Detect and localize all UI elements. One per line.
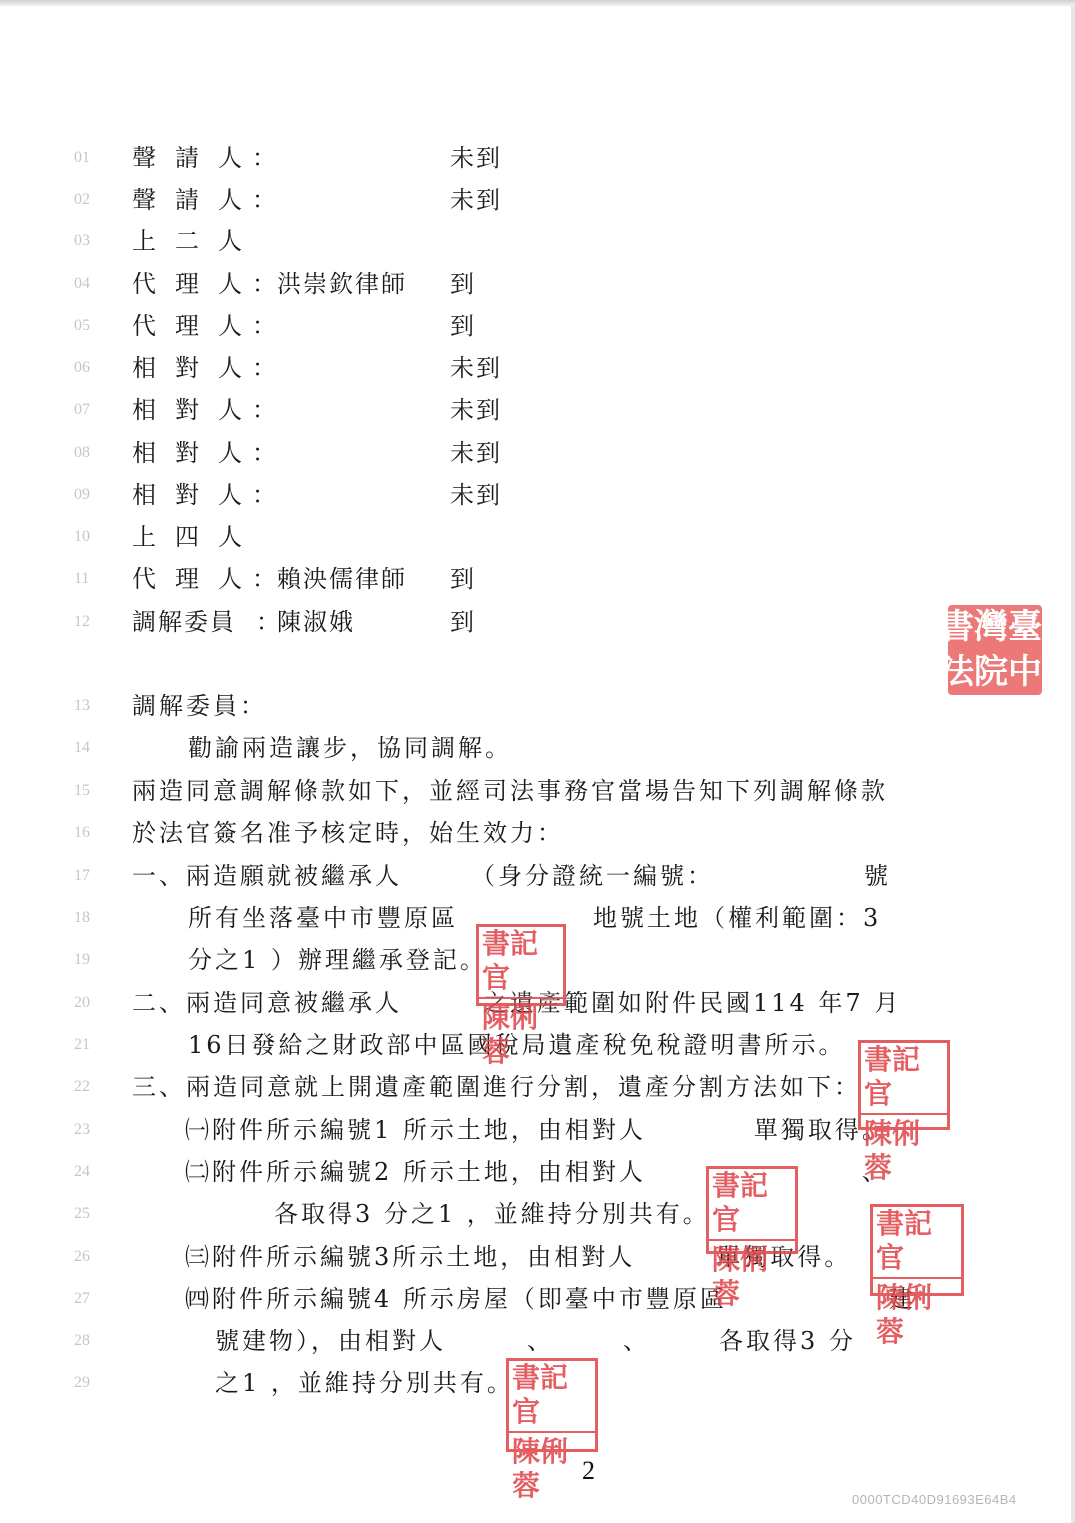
seal-divider <box>709 1239 795 1241</box>
line-number: 29 <box>74 1363 104 1403</box>
attendance-status: 未到 <box>450 180 502 220</box>
role-label: 上四人 <box>132 517 261 557</box>
seal-divider <box>873 1277 961 1279</box>
attendance-row: 03 上二人 <box>0 221 1000 261</box>
line-number: 11 <box>74 559 104 599</box>
line-number: 07 <box>74 390 104 430</box>
attendance-status: 到 <box>450 602 476 642</box>
colon: ： <box>252 138 276 178</box>
role-label: 調解委員 <box>132 602 236 642</box>
seal-glyph: 院 <box>974 650 1008 695</box>
attendance-status: 未到 <box>450 475 502 515</box>
seal-title: 書記官 <box>709 1169 795 1237</box>
attendance-status: 未到 <box>450 390 502 430</box>
attendance-status: 未到 <box>450 433 502 473</box>
line-number: 02 <box>74 180 104 220</box>
line-number: 10 <box>74 517 104 557</box>
seal-divider <box>509 1431 595 1433</box>
attendance-row: 06 相對人 ： 未到 <box>0 348 1000 388</box>
colon: ： <box>252 306 276 346</box>
clerk-seal-stamp: 書記官 陳俐蓉 <box>506 1358 598 1452</box>
line-number: 24 <box>74 1152 104 1192</box>
role-label: 聲請人 <box>132 138 261 178</box>
seal-title: 書記官 <box>479 927 563 995</box>
paragraph-text: 於法官簽名准予核定時，始生效力： <box>132 813 564 853</box>
seal-glyph: 中 <box>1008 650 1042 695</box>
court-seal-stamp: 臺 灣 書 中 院 法 <box>948 605 1042 695</box>
seal-divider <box>861 1113 947 1115</box>
colon: ： <box>252 264 276 304</box>
colon: ： <box>252 180 276 220</box>
line-number: 05 <box>74 306 104 346</box>
line-number: 03 <box>74 221 104 261</box>
line-number: 22 <box>74 1067 104 1107</box>
attendance-row: 02 聲請人 ： 未到 <box>0 180 1000 220</box>
attendance-row: 07 相對人 ： 未到 <box>0 390 1000 430</box>
colon: ： <box>252 390 276 430</box>
colon: ： <box>252 433 276 473</box>
clause-text: 三、兩造同意就上開遺產範圍進行分割，遺產分割方法如下： <box>132 1067 861 1107</box>
body-line: 26 ㈢附件所示編號3所示土地，由相對人 單獨取得。 <box>0 1237 1000 1277</box>
seal-name: 陳俐蓉 <box>709 1243 795 1311</box>
seal-glyph: 灣 <box>974 605 1008 650</box>
line-number: 13 <box>74 686 104 726</box>
paragraph-text: 兩造同意調解條款如下，並經司法事務官當場告知下列調解條款 <box>132 771 888 811</box>
line-number: 01 <box>74 138 104 178</box>
sub-clause-text: 號建物），由相對人 、 、 各取得3 分 <box>215 1321 856 1361</box>
line-number: 27 <box>74 1279 104 1319</box>
seal-glyph: 書 <box>940 605 974 650</box>
attendance-status: 未到 <box>450 138 502 178</box>
clause-text: 一、兩造願就被繼承人 （身分證統一編號： 號 <box>132 856 891 896</box>
seal-divider <box>479 997 563 999</box>
page-number: 2 <box>582 1456 595 1486</box>
role-label: 代理人 <box>132 306 261 346</box>
document-page: 01 聲請人 ： 未到 02 聲請人 ： 未到 03 上二人 04 代理人 ： … <box>0 6 1071 1523</box>
attendance-row: 10 上四人 <box>0 517 1000 557</box>
section-heading: 調解委員： <box>132 686 267 726</box>
line-number: 06 <box>74 348 104 388</box>
attendance-row: 05 代理人 ： 到 <box>0 306 1000 346</box>
role-label: 代理人 <box>132 559 261 599</box>
line-number: 14 <box>74 728 104 768</box>
seal-name: 陳俐蓉 <box>861 1117 947 1185</box>
body-line: 29 之1 ，並維持分別共有。 <box>0 1363 1000 1403</box>
line-number: 19 <box>74 940 104 980</box>
body-line: 22 三、兩造同意就上開遺產範圍進行分割，遺產分割方法如下： <box>0 1067 1000 1107</box>
line-number: 26 <box>74 1237 104 1277</box>
sub-clause-text: 各取得3 分之1 ，並維持分別共有。 <box>274 1194 710 1234</box>
seal-glyph: 臺 <box>1008 605 1042 650</box>
body-line: 17 一、兩造願就被繼承人 （身分證統一編號： 號 <box>0 856 1000 896</box>
page-right-edge <box>1071 6 1075 1523</box>
sub-clause-text: ㈣附件所示編號4 所示房屋（即臺中市豐原區 建 <box>185 1279 916 1319</box>
line-number: 16 <box>74 813 104 853</box>
line-number: 20 <box>74 983 104 1023</box>
attendance-row: 01 聲請人 ： 未到 <box>0 138 1000 178</box>
line-number: 04 <box>74 264 104 304</box>
role-label: 相對人 <box>132 348 261 388</box>
sub-clause-text: ㈠附件所示編號1 所示土地，由相對人 單獨取得。 <box>185 1110 889 1150</box>
attendance-row: 11 代理人 ： 賴泱儒律師 到 <box>0 559 1000 599</box>
line-number: 12 <box>74 602 104 642</box>
sub-clause-text: 之1 ，並維持分別共有。 <box>215 1363 514 1403</box>
role-label: 相對人 <box>132 433 261 473</box>
body-line: 28 號建物），由相對人 、 、 各取得3 分 <box>0 1321 1000 1361</box>
clerk-seal-stamp: 書記官 陳俐蓉 <box>858 1040 950 1130</box>
attendee-name: 洪崇欽律師 <box>277 264 407 304</box>
seal-glyph: 法 <box>940 650 974 695</box>
line-number: 08 <box>74 433 104 473</box>
body-line: 23 ㈠附件所示編號1 所示土地，由相對人 單獨取得。 <box>0 1110 1000 1150</box>
line-number: 21 <box>74 1025 104 1065</box>
attendance-status: 未到 <box>450 348 502 388</box>
role-label: 代理人 <box>132 264 261 304</box>
body-line: 15 兩造同意調解條款如下，並經司法事務官當場告知下列調解條款 <box>0 771 1000 811</box>
line-number: 25 <box>74 1194 104 1234</box>
attendee-name: 陳淑娥 <box>277 602 355 642</box>
line-number: 18 <box>74 898 104 938</box>
body-line: 14 勸諭兩造讓步，協同調解。 <box>0 728 1000 768</box>
role-label: 聲請人 <box>132 180 261 220</box>
seal-name: 陳俐蓉 <box>873 1281 961 1349</box>
body-line: 24 ㈡附件所示編號2 所示土地，由相對人 、 <box>0 1152 1000 1192</box>
clerk-seal-stamp: 書記官 陳俐蓉 <box>476 924 566 1006</box>
attendee-name: 賴泱儒律師 <box>277 559 407 599</box>
colon: ： <box>252 559 276 599</box>
attendance-status: 到 <box>450 306 476 346</box>
seal-title: 書記官 <box>873 1207 961 1275</box>
clerk-seal-stamp: 書記官 陳俐蓉 <box>706 1166 798 1254</box>
line-number: 09 <box>74 475 104 515</box>
colon: ： <box>252 348 276 388</box>
role-label: 上二人 <box>132 221 261 261</box>
body-line: 27 ㈣附件所示編號4 所示房屋（即臺中市豐原區 建 <box>0 1279 1000 1319</box>
role-label: 相對人 <box>132 475 261 515</box>
attendance-status: 到 <box>450 264 476 304</box>
attendance-row: 09 相對人 ： 未到 <box>0 475 1000 515</box>
line-number: 28 <box>74 1321 104 1361</box>
role-label: 相對人 <box>132 390 261 430</box>
clerk-seal-stamp: 書記官 陳俐蓉 <box>870 1204 964 1296</box>
seal-title: 書記官 <box>509 1361 595 1429</box>
body-line: 25 各取得3 分之1 ，並維持分別共有。 <box>0 1194 1000 1234</box>
seal-title: 書記官 <box>861 1043 947 1111</box>
seal-name: 陳俐蓉 <box>479 1001 563 1069</box>
line-number: 23 <box>74 1110 104 1150</box>
colon: ： <box>252 475 276 515</box>
body-line: 16 於法官簽名准予核定時，始生效力： <box>0 813 1000 853</box>
line-number: 17 <box>74 856 104 896</box>
document-code: 0000TCD40D91693E64B4 <box>852 1492 1017 1507</box>
line-number: 15 <box>74 771 104 811</box>
body-line: 13 調解委員： <box>0 686 1000 726</box>
attendance-row: 08 相對人 ： 未到 <box>0 433 1000 473</box>
attendance-row: 12 調解委員 ： 陳淑娥 到 <box>0 602 1000 642</box>
attendance-status: 到 <box>450 559 476 599</box>
paragraph-text: 勸諭兩造讓步，協同調解。 <box>188 728 512 768</box>
attendance-row: 04 代理人 ： 洪崇欽律師 到 <box>0 264 1000 304</box>
clause-text: 分之1 ）辦理繼承登記。 <box>188 940 487 980</box>
